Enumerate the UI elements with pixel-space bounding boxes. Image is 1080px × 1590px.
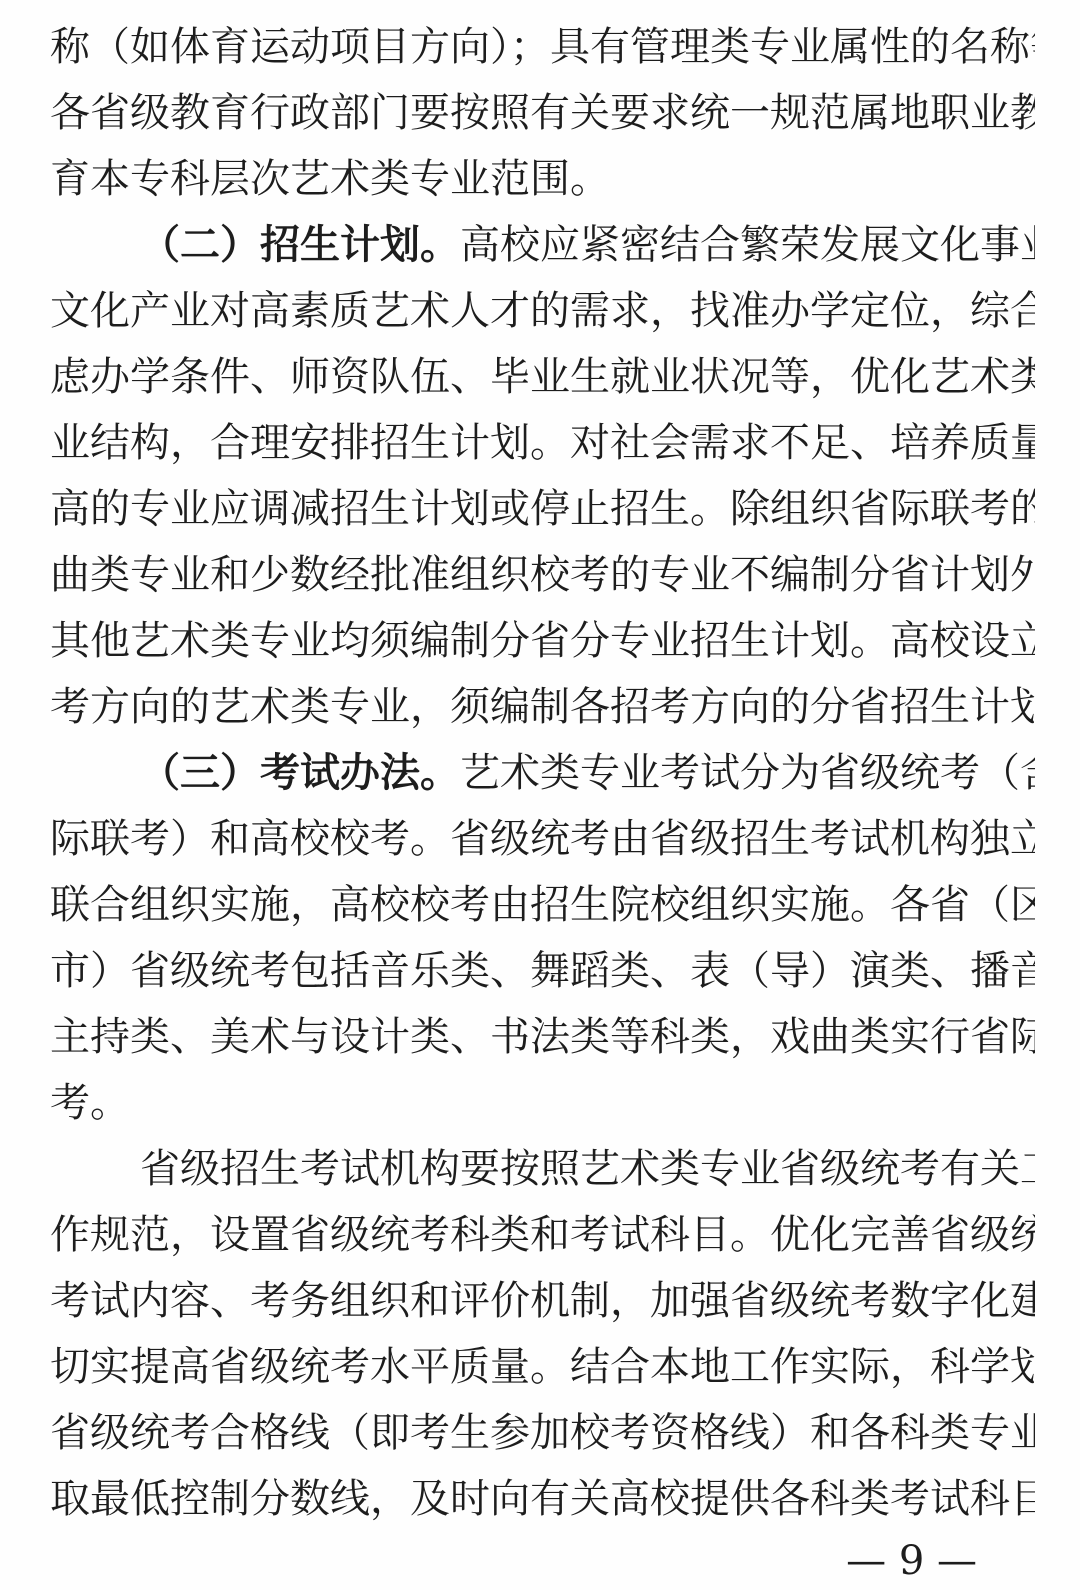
line-text: 市）省级统考包括音乐类、舞蹈类、表（导）演类、播音与 bbox=[50, 948, 1035, 994]
line-text: 文化产业对高素质艺术人才的需求，找准办学定位，综合考 bbox=[50, 288, 1035, 334]
document-line: 省级招生考试机构要按照艺术类专业省级统考有关工 bbox=[50, 1136, 1035, 1202]
document-line: 作规范，设置省级统考科类和考试科目。优化完善省级统考 bbox=[50, 1202, 1035, 1268]
document-line: 育本专科层次艺术类专业范围。 bbox=[50, 146, 1035, 212]
document-line: 考试内容、考务组织和评价机制，加强省级统考数字化建设， bbox=[50, 1268, 1035, 1334]
line-text: 省级招生考试机构要按照艺术类专业省级统考有关工 bbox=[140, 1146, 1035, 1192]
document-line: 主持类、美术与设计类、书法类等科类，戏曲类实行省际联 bbox=[50, 1004, 1035, 1070]
document-line: 业结构，合理安排招生计划。对社会需求不足、培养质量不 bbox=[50, 410, 1035, 476]
line-text: 虑办学条件、师资队伍、毕业生就业状况等，优化艺术类专 bbox=[50, 354, 1035, 400]
line-text: 育本专科层次艺术类专业范围。 bbox=[50, 156, 610, 202]
line-text: 作规范，设置省级统考科类和考试科目。优化完善省级统考 bbox=[50, 1212, 1035, 1258]
document-line: （三）考试办法。艺术类专业考试分为省级统考（含省 bbox=[50, 740, 1035, 806]
document-page: 称（如体育运动项目方向）；具有管理类专业属性的名称等。 各省级教育行政部门要按照… bbox=[0, 0, 1080, 1590]
line-text: 省级统考合格线（即考生参加校考资格线）和各科类专业录 bbox=[50, 1410, 1035, 1456]
document-line: 各省级教育行政部门要按照有关要求统一规范属地职业教 bbox=[50, 80, 1035, 146]
document-line: 高的专业应调减招生计划或停止招生。除组织省际联考的戏 bbox=[50, 476, 1035, 542]
line-text: 其他艺术类专业均须编制分省分专业招生计划。高校设立招 bbox=[50, 618, 1035, 664]
section-heading: （三）考试办法。 bbox=[140, 749, 460, 796]
line-text: 考试内容、考务组织和评价机制，加强省级统考数字化建设， bbox=[50, 1278, 1035, 1324]
document-line: 虑办学条件、师资队伍、毕业生就业状况等，优化艺术类专 bbox=[50, 344, 1035, 410]
line-text: 考。 bbox=[50, 1080, 130, 1126]
line-text: 取最低控制分数线，及时向有关高校提供各科类考试科目成 bbox=[50, 1476, 1035, 1522]
section-heading: （二）招生计划。 bbox=[140, 221, 460, 268]
document-line: 考。 bbox=[50, 1070, 1035, 1136]
line-text: 考方向的艺术类专业，须编制各招考方向的分省招生计划。 bbox=[50, 684, 1035, 730]
document-line: 曲类专业和少数经批准组织校考的专业不编制分省计划外， bbox=[50, 542, 1035, 608]
document-line: 取最低控制分数线，及时向有关高校提供各科类考试科目成 bbox=[50, 1466, 1035, 1532]
line-text: 切实提高省级统考水平质量。结合本地工作实际，科学划定 bbox=[50, 1344, 1035, 1390]
line-text: 高校应紧密结合繁荣发展文化事业和 bbox=[460, 222, 1035, 268]
document-line: （二）招生计划。高校应紧密结合繁荣发展文化事业和 bbox=[50, 212, 1035, 278]
document-line: 考方向的艺术类专业，须编制各招考方向的分省招生计划。 bbox=[50, 674, 1035, 740]
document-line: 市）省级统考包括音乐类、舞蹈类、表（导）演类、播音与 bbox=[50, 938, 1035, 1004]
page-number: — 9 — bbox=[50, 1532, 1035, 1590]
line-text: 各省级教育行政部门要按照有关要求统一规范属地职业教 bbox=[50, 90, 1035, 136]
line-text: 高的专业应调减招生计划或停止招生。除组织省际联考的戏 bbox=[50, 486, 1035, 532]
line-text: 艺术类专业考试分为省级统考（含省 bbox=[460, 750, 1035, 796]
document-line: 联合组织实施，高校校考由招生院校组织实施。各省（区、 bbox=[50, 872, 1035, 938]
document-line: 其他艺术类专业均须编制分省分专业招生计划。高校设立招 bbox=[50, 608, 1035, 674]
document-line: 文化产业对高素质艺术人才的需求，找准办学定位，综合考 bbox=[50, 278, 1035, 344]
line-text: 联合组织实施，高校校考由招生院校组织实施。各省（区、 bbox=[50, 882, 1035, 928]
document-line: 切实提高省级统考水平质量。结合本地工作实际，科学划定 bbox=[50, 1334, 1035, 1400]
document-line: 省级统考合格线（即考生参加校考资格线）和各科类专业录 bbox=[50, 1400, 1035, 1466]
line-text: 主持类、美术与设计类、书法类等科类，戏曲类实行省际联 bbox=[50, 1014, 1035, 1060]
line-text: 曲类专业和少数经批准组织校考的专业不编制分省计划外， bbox=[50, 552, 1035, 598]
document-line: 际联考）和高校校考。省级统考由省级招生考试机构独立或 bbox=[50, 806, 1035, 872]
line-text: 称（如体育运动项目方向）；具有管理类专业属性的名称等。 bbox=[50, 24, 1035, 70]
line-text: 际联考）和高校校考。省级统考由省级招生考试机构独立或 bbox=[50, 816, 1035, 862]
line-text: 业结构，合理安排招生计划。对社会需求不足、培养质量不 bbox=[50, 420, 1035, 466]
document-line: 称（如体育运动项目方向）；具有管理类专业属性的名称等。 bbox=[50, 14, 1035, 80]
